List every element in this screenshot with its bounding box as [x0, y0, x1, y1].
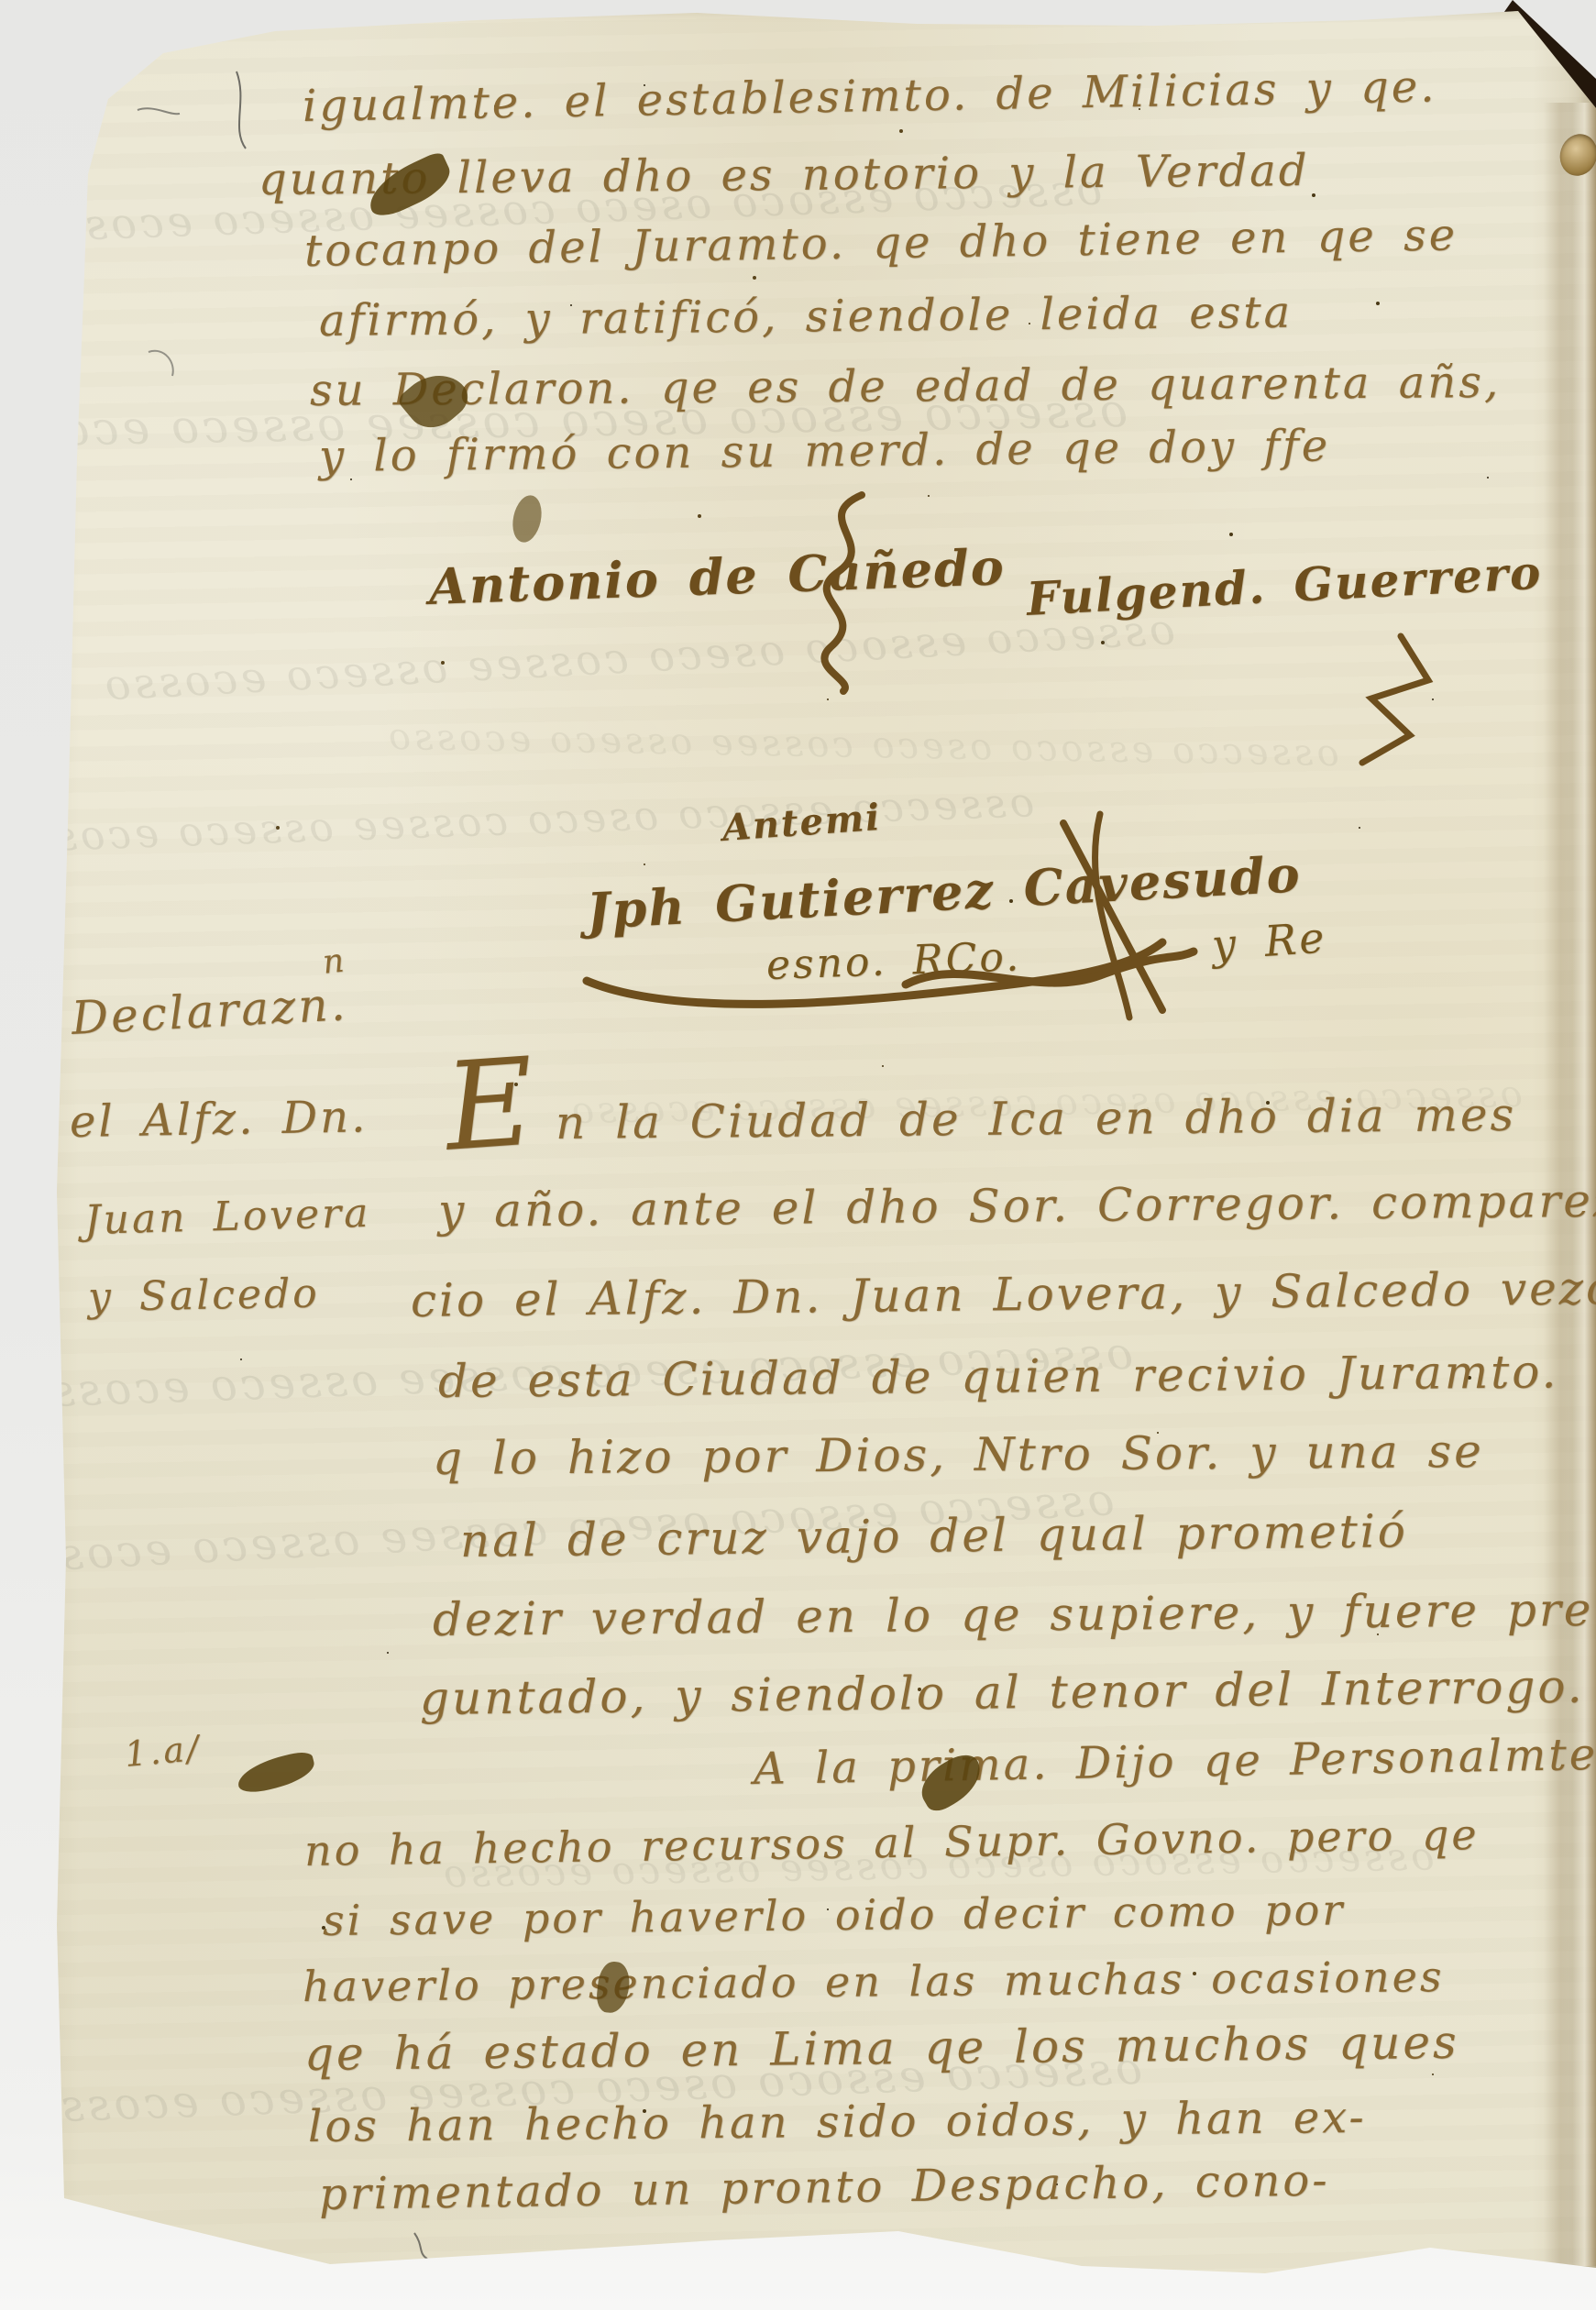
margin-question-mark: 1.a/: [123, 1728, 203, 1775]
manuscript-line: guntado, y siendolo al tenor del Interro…: [420, 1660, 1585, 1725]
margin-note-line: y Salcedo: [88, 1270, 320, 1321]
manuscript-line: q lo hizo por Dios, Ntro Sor. y una se: [433, 1424, 1484, 1485]
ante-mi-label: Antemi: [721, 796, 882, 850]
manuscript-line: primentado un pronto Despacho, cono-: [319, 2155, 1330, 2220]
manuscript-line: afirmó, y ratificó, siendole leida esta: [319, 287, 1293, 346]
manuscript-paper: ossecco essoco oseco cossee osseco ecoss…: [0, 0, 1596, 2310]
manuscript-line: haverlo presenciado en las muchas ocasio…: [303, 1952, 1445, 2011]
margin-note-line: el Alfz. Dn.: [70, 1091, 369, 1148]
body-initial-letter: E: [441, 1031, 542, 1179]
manuscript-line: no ha hecho recursos al Supr. Govno. per…: [304, 1809, 1480, 1875]
signature-notary: Jph Gutierrez Cavesudo: [585, 844, 1303, 940]
manuscript-line: si save por haverlo oido decir como por: [323, 1885, 1346, 1945]
manuscript-line: nal de cruz vajo del qual prometió: [460, 1504, 1408, 1567]
manuscript-line: A la prima. Dijo qe Personalmte.: [754, 1729, 1596, 1795]
manuscript-line: de esta Ciudad de quien recivio Juramto.: [438, 1345, 1559, 1408]
rubric-flourish-icon: [1340, 629, 1441, 775]
manuscript-line: y lo firmó con su merd. de qe doy ffe: [319, 420, 1331, 482]
manuscript-line: tocanpo del Juramto. qe dho tiene en qe …: [304, 209, 1458, 277]
notary-title-left: esno. RCo.: [765, 933, 1022, 989]
notary-title-right: y Re: [1210, 912, 1328, 970]
scanned-manuscript-page: ossecco essoco oseco cossee osseco ecoss…: [0, 0, 1596, 2310]
signature-official: Fulgend. Guerrero: [1025, 545, 1543, 626]
signature-declarant: Antonio de Cañedo: [428, 537, 1007, 616]
manuscript-line: n la Ciudad de Ica en dho dia mes: [556, 1088, 1517, 1149]
manuscript-line: y año. ante el dho Sor. Corregor. compar…: [438, 1174, 1596, 1237]
manuscript-line: su Declaron. qe es de edad de quarenta a…: [310, 357, 1501, 416]
manuscript-line: cio el Alfz. Dn. Juan Lovera, y Salcedo …: [411, 1261, 1596, 1327]
bleedthrough-text: ossecco essoco oseco cossee osseco ecoss…: [100, 604, 1176, 709]
ink-specks: [0, 0, 2, 2]
manuscript-line: dezir verdad en lo qe supiere, y fuere p…: [433, 1583, 1594, 1646]
margin-note-line: Juan Lovera: [83, 1190, 371, 1244]
manuscript-line: qe há estado en Lima qe los muchos ques: [304, 2016, 1459, 2081]
ink-blot: [509, 492, 545, 544]
ink-blot: [234, 1749, 317, 1797]
manuscript-line: igualmte. el establesimto. de Milicias y…: [303, 60, 1437, 132]
margin-note-superscript: n: [321, 941, 348, 982]
manuscript-line: los han hecho han sido oidos, y han ex-: [308, 2092, 1367, 2152]
bleedthrough-text: ossecco essoco oseco cossee osseco ecoss…: [385, 716, 1339, 775]
margin-note-heading: Declarazn.: [70, 977, 348, 1045]
